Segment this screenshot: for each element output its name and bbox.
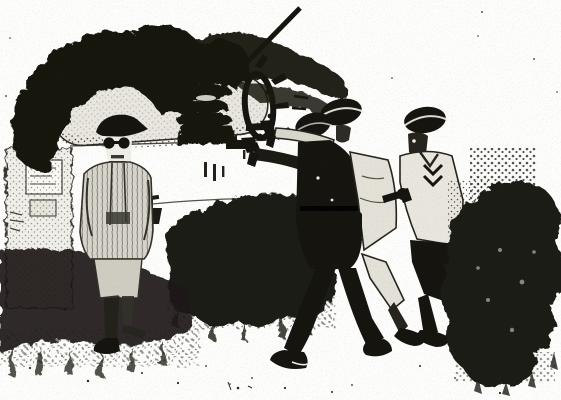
halftone-grain-overlay xyxy=(0,0,561,400)
illustration: control pedestal with gauge panel light … xyxy=(0,0,561,400)
illustration-canvas: control pedestal with gauge panel light … xyxy=(0,0,561,400)
